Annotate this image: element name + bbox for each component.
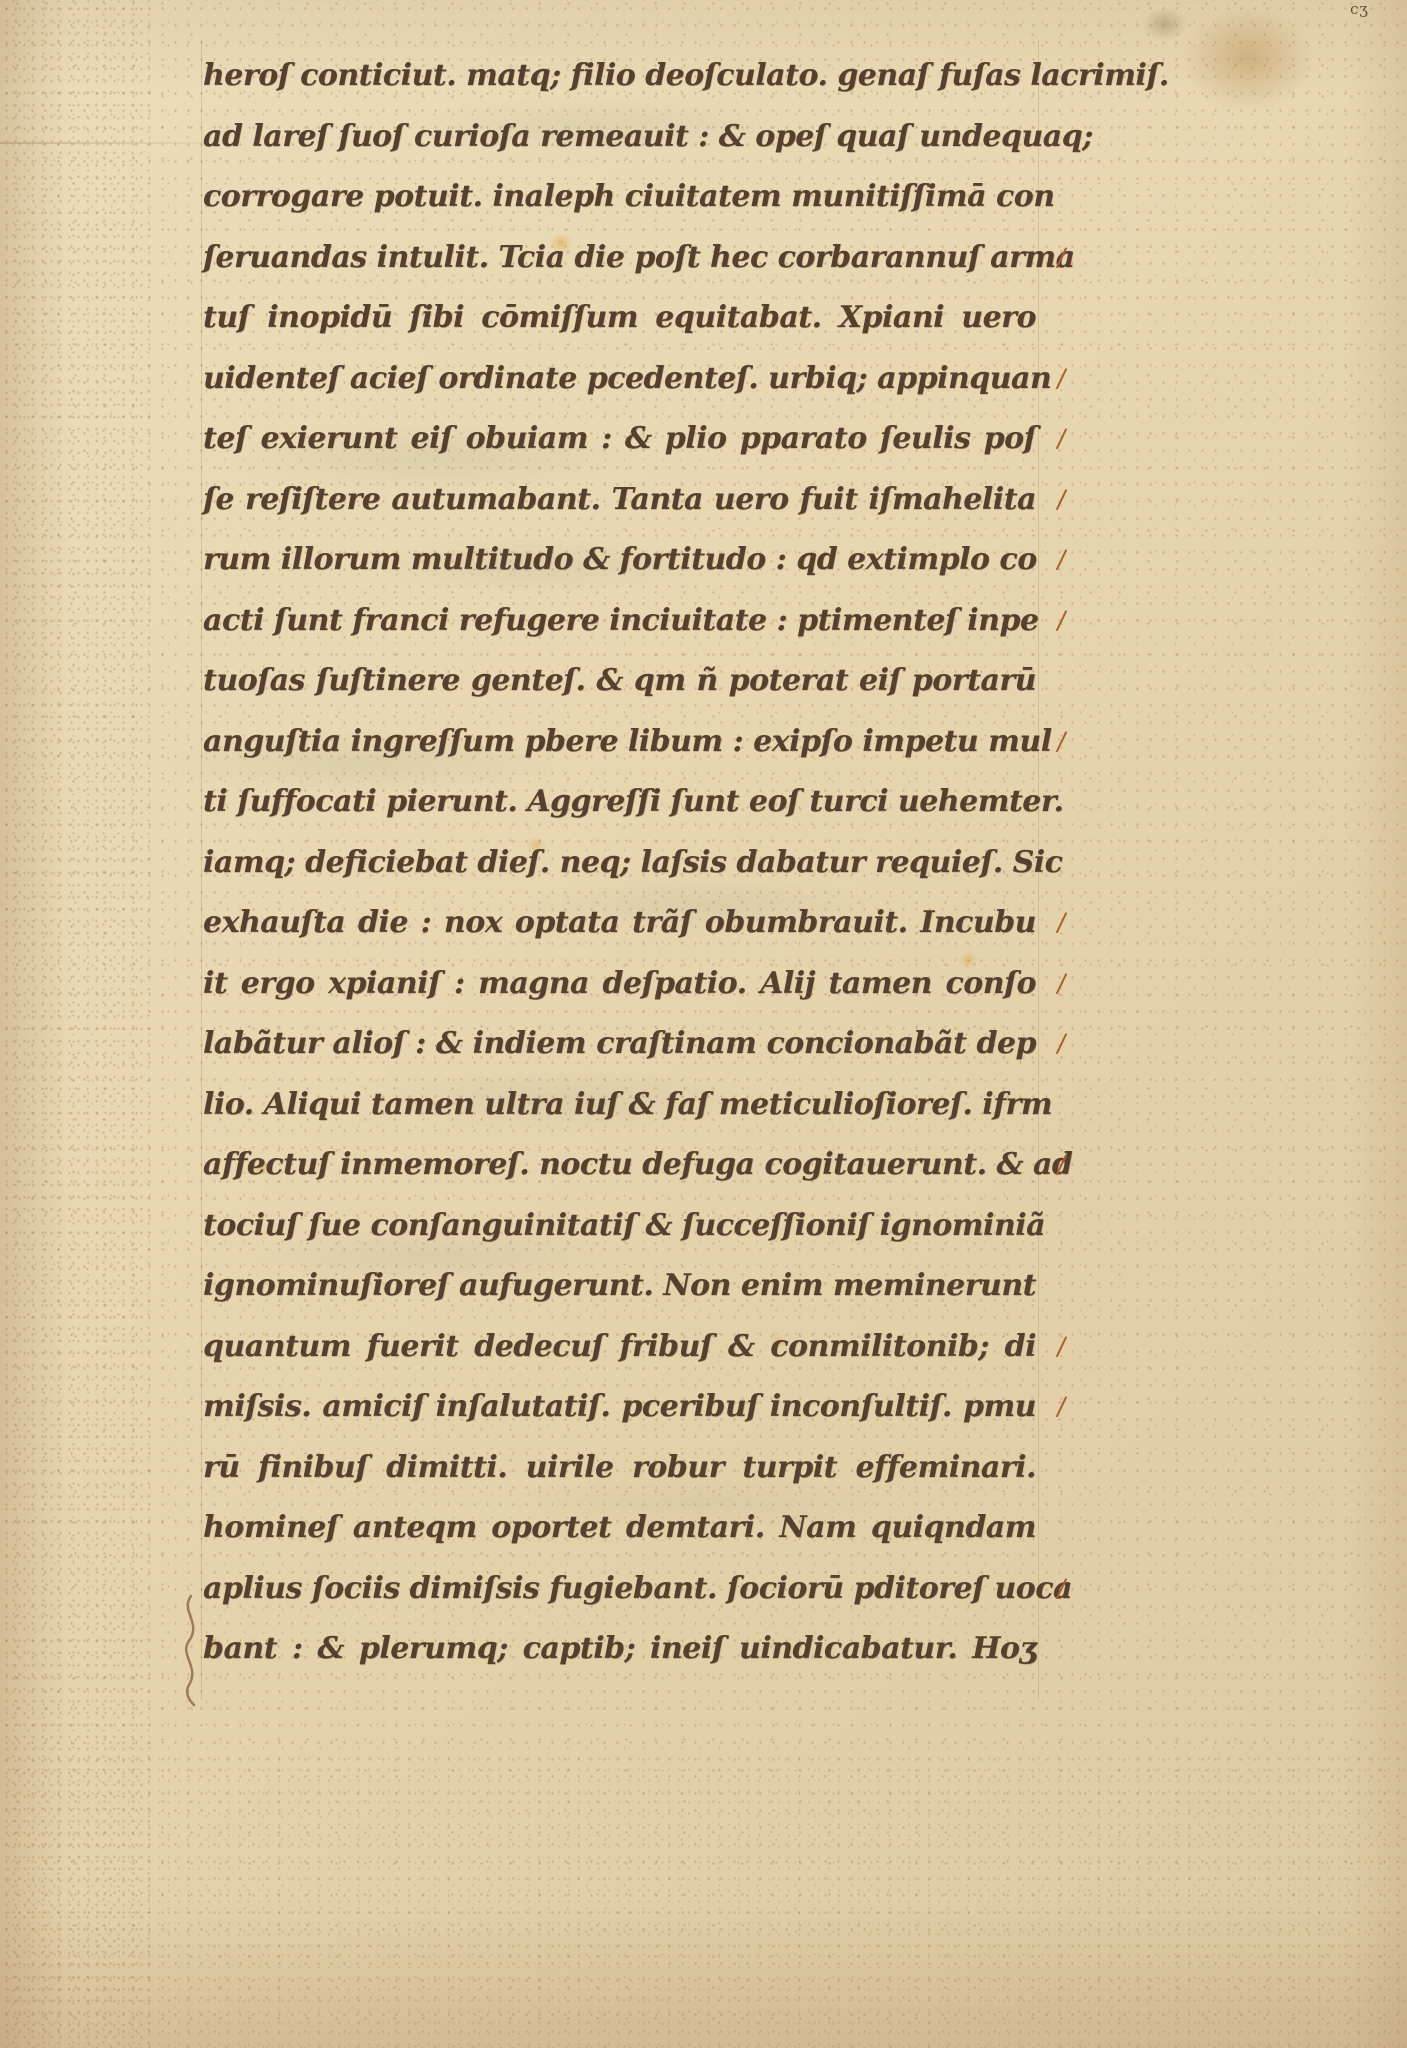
- parchment-edge-texture-left: [0, 0, 150, 2048]
- line-filler-mark: ∕: [1053, 227, 1070, 288]
- manuscript-line-11: tuoſas ſuſtinere genteſ. & qm ñ poterat …: [203, 651, 1036, 712]
- manuscript-line-23: miſsis. amiciſ inſalutatiſ. pceribuſ inc…: [203, 1377, 1036, 1438]
- line-filler-mark: ∕: [1053, 590, 1070, 651]
- manuscript-line-2: ad lareſ ſuoſ curioſa remeauit : & opeſ …: [203, 107, 1036, 168]
- manuscript-line-19: affectuſ inmemoreſ. noctu defuga cogitau…: [203, 1135, 1036, 1196]
- line-filler-mark: ∕: [1053, 348, 1070, 409]
- manuscript-line-12: anguſtia ingreſſum pbere libum : exipſo …: [203, 712, 1036, 773]
- manuscript-line-9: rum illorum multitudo & fortitudo : qd e…: [203, 530, 1036, 591]
- line-filler-mark: ∕: [1053, 893, 1070, 954]
- manuscript-line-3: corrogare potuit. inaleph ciuitatem muni…: [203, 167, 1036, 228]
- manuscript-line-22: quantum fuerit dedecuſ fribuſ & conmilit…: [203, 1317, 1036, 1378]
- text-block: heroſ conticiut. matq; filio deoſculato.…: [203, 46, 1036, 1680]
- manuscript-line-7: teſ exierunt eiſ obuiam : & plio pparato…: [203, 409, 1036, 470]
- manuscript-line-8: ſe reſiſtere autumabant. Tanta uero fuit…: [203, 470, 1036, 531]
- manuscript-line-16: it ergo xpianiſ : magna deſpatio. Alij t…: [203, 954, 1036, 1015]
- margin-squiggle-mark: [176, 1593, 206, 1708]
- line-filler-mark: ∕: [1053, 1377, 1070, 1438]
- manuscript-line-10: acti ſunt franci refugere inciuitate : p…: [203, 591, 1036, 652]
- manuscript-line-25: homineſ anteqm oportet demtari. Nam quiq…: [203, 1498, 1036, 1559]
- manuscript-line-14: iamq; deficiebat dieſ. neq; laſsis dabat…: [203, 833, 1036, 894]
- manuscript-line-26: aplius ſociis dimiſsis fugiebant. ſocior…: [203, 1559, 1036, 1620]
- manuscript-line-21: ignominuſioreſ aufugerunt. Non enim memi…: [203, 1256, 1036, 1317]
- manuscript-line-15: exhauſta die : nox optata trãſ obumbraui…: [203, 893, 1036, 954]
- ruling-line-left: [201, 40, 202, 1700]
- manuscript-line-5: tuſ inopidū ſibi cōmiſſum equitabat. Xpi…: [203, 288, 1036, 349]
- line-filler-mark: ∕: [1053, 469, 1070, 530]
- manuscript-line-6: uidenteſ acieſ ordinate pcedenteſ. urbiq…: [203, 349, 1036, 410]
- manuscript-line-4: ſeruandas intulit. Tcia die poſt hec cor…: [203, 228, 1036, 289]
- manuscript-page: heroſ conticiut. matq; filio deoſculato.…: [0, 0, 1407, 2048]
- manuscript-line-24: rū finibuſ dimitti. uirile robur turpit …: [203, 1438, 1036, 1499]
- manuscript-line-20: tociuſ ſue conſanguinitatiſ & ſucceſſion…: [203, 1196, 1036, 1257]
- line-filler-mark: ∕: [1053, 1135, 1070, 1196]
- manuscript-line-27: bant : & plerumq; captib; ineiſ uindicab…: [203, 1619, 1036, 1680]
- line-filler-mark: ∕: [1053, 711, 1070, 772]
- parchment-edge-texture-bottom: [0, 1748, 1407, 2048]
- line-filler-mark: ∕: [1053, 1558, 1070, 1619]
- corner-pen-mark: cʒ: [1350, 0, 1369, 18]
- line-filler-mark: ∕: [1053, 1014, 1070, 1075]
- line-filler-mark: ∕: [1053, 409, 1070, 470]
- line-filler-mark: ∕: [1053, 530, 1070, 591]
- manuscript-line-17: labãtur alioſ : & indiem craſtinam conci…: [203, 1014, 1036, 1075]
- line-filler-mark: ∕: [1053, 1316, 1070, 1377]
- manuscript-line-18: lio. Aliqui tamen ultra iuſ & faſ meticu…: [203, 1075, 1036, 1136]
- manuscript-line-13: ti ſuffocati pierunt. Aggreſſi ſunt eoſ …: [203, 772, 1036, 833]
- manuscript-line-1: heroſ conticiut. matq; filio deoſculato.…: [203, 46, 1036, 107]
- line-filler-mark: ∕: [1053, 953, 1070, 1014]
